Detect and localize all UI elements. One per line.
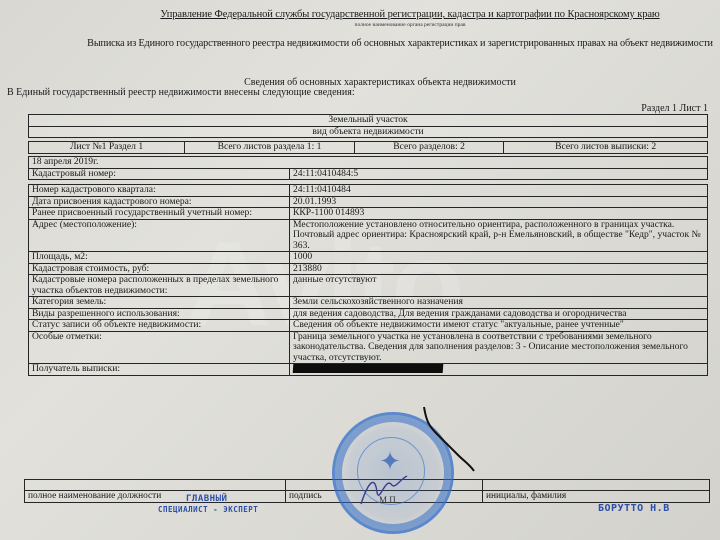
object-type-table: Земельный участок вид объекта недвижимос… <box>28 114 708 138</box>
recipient-value <box>290 364 708 376</box>
table-row: Кадастровая стоимость, руб: 213880 <box>29 263 708 275</box>
field-value: для ведения садоводства, Для ведения гра… <box>290 308 708 320</box>
total-extract-sheets: Всего листов выписки: 2 <box>504 142 708 154</box>
section-intro: В Единый государственный реестр недвижим… <box>7 87 355 98</box>
table-row: Дата присвоения кадастрового номера: 20.… <box>29 196 708 208</box>
table-row: Статус записи об объекте недвижимости: С… <box>29 320 708 332</box>
field-label: Виды разрешенного использования: <box>29 308 290 320</box>
position-stamp-line2: СПЕЦИАЛИСТ - ЭКСПЕРТ <box>158 505 258 514</box>
object-type-caption: вид объекта недвижимости <box>29 126 708 138</box>
table-row: Особые отметки: Граница земельного участ… <box>29 331 708 364</box>
signature-scribble-icon <box>355 470 415 510</box>
cadastral-number-label: Кадастровый номер: <box>29 168 290 180</box>
cadastral-number-value: 24:11:0410484:5 <box>290 168 708 180</box>
table-row: Виды разрешенного использования: для вед… <box>29 308 708 320</box>
table-row: Адрес (местоположение): Местоположение у… <box>29 219 708 252</box>
field-value: Граница земельного участка не установлен… <box>290 331 708 364</box>
table-row: Категория земель: Земли сельскохозяйстве… <box>29 297 708 309</box>
field-label: Ранее присвоенный государственный учетны… <box>29 208 290 220</box>
agency-caption: полное наименование органа регистрации п… <box>0 22 720 28</box>
field-value: Местоположение установлено относительно … <box>290 219 708 252</box>
field-label: Адрес (местоположение): <box>29 219 290 252</box>
field-label: Номер кадастрового квартала: <box>29 185 290 197</box>
field-label: Кадастровые номера расположенных в преде… <box>29 275 290 297</box>
field-label: Кадастровая стоимость, руб: <box>29 263 290 275</box>
total-section-sheets: Всего листов раздела 1: 1 <box>185 142 355 154</box>
field-value: данные отсутствуют <box>290 275 708 297</box>
name-stamp: БОРУТТО Н.В <box>598 503 670 514</box>
table-row: Ранее присвоенный государственный учетны… <box>29 208 708 220</box>
field-value: 20.01.1993 <box>290 196 708 208</box>
table-row: Номер кадастрового квартала: 24:11:04104… <box>29 185 708 197</box>
pen-stroke-icon <box>420 405 480 475</box>
field-value: 24:11:0410484 <box>290 185 708 197</box>
position-stamp-line1: ГЛАВНЫЙ <box>186 494 227 504</box>
object-type: Земельный участок <box>29 115 708 127</box>
field-label: Дата присвоения кадастрового номера: <box>29 196 290 208</box>
table-row: Получатель выписки: <box>29 364 708 376</box>
initials-caption: инициалы, фамилия <box>483 491 710 503</box>
field-label: Особые отметки: <box>29 331 290 364</box>
agency-name: Управление Федеральной службы государств… <box>0 9 720 20</box>
date-table: 18 апреля 2019г. Кадастровый номер: 24:1… <box>28 156 708 180</box>
sheet-section: Лист №1 Раздел 1 <box>29 142 185 154</box>
field-label: Получатель выписки: <box>29 364 290 376</box>
field-label: Площадь, м2: <box>29 252 290 264</box>
field-value: 213880 <box>290 263 708 275</box>
field-label: Категория земель: <box>29 297 290 309</box>
field-label: Статус записи об объекте недвижимости: <box>29 320 290 332</box>
position-caption: полное наименование должности <box>25 491 286 503</box>
redaction-bar <box>293 364 444 373</box>
field-value: Сведения об объекте недвижимости имеют с… <box>290 320 708 332</box>
field-value: 1000 <box>290 252 708 264</box>
characteristics-table: Номер кадастрового квартала: 24:11:04104… <box>28 184 708 376</box>
field-value: ККР-1100 014893 <box>290 208 708 220</box>
total-sections: Всего разделов: 2 <box>354 142 503 154</box>
document-title: Выписка из Единого государственного реес… <box>0 38 720 49</box>
field-value: Земли сельскохозяйственного назначения <box>290 297 708 309</box>
sheets-info-table: Лист №1 Раздел 1 Всего листов раздела 1:… <box>28 141 708 154</box>
table-row: Кадастровые номера расположенных в преде… <box>29 275 708 297</box>
extract-date: 18 апреля 2019г. <box>29 157 708 169</box>
table-row: Площадь, м2: 1000 <box>29 252 708 264</box>
sheet-reference: Раздел 1 Лист 1 <box>641 103 708 114</box>
